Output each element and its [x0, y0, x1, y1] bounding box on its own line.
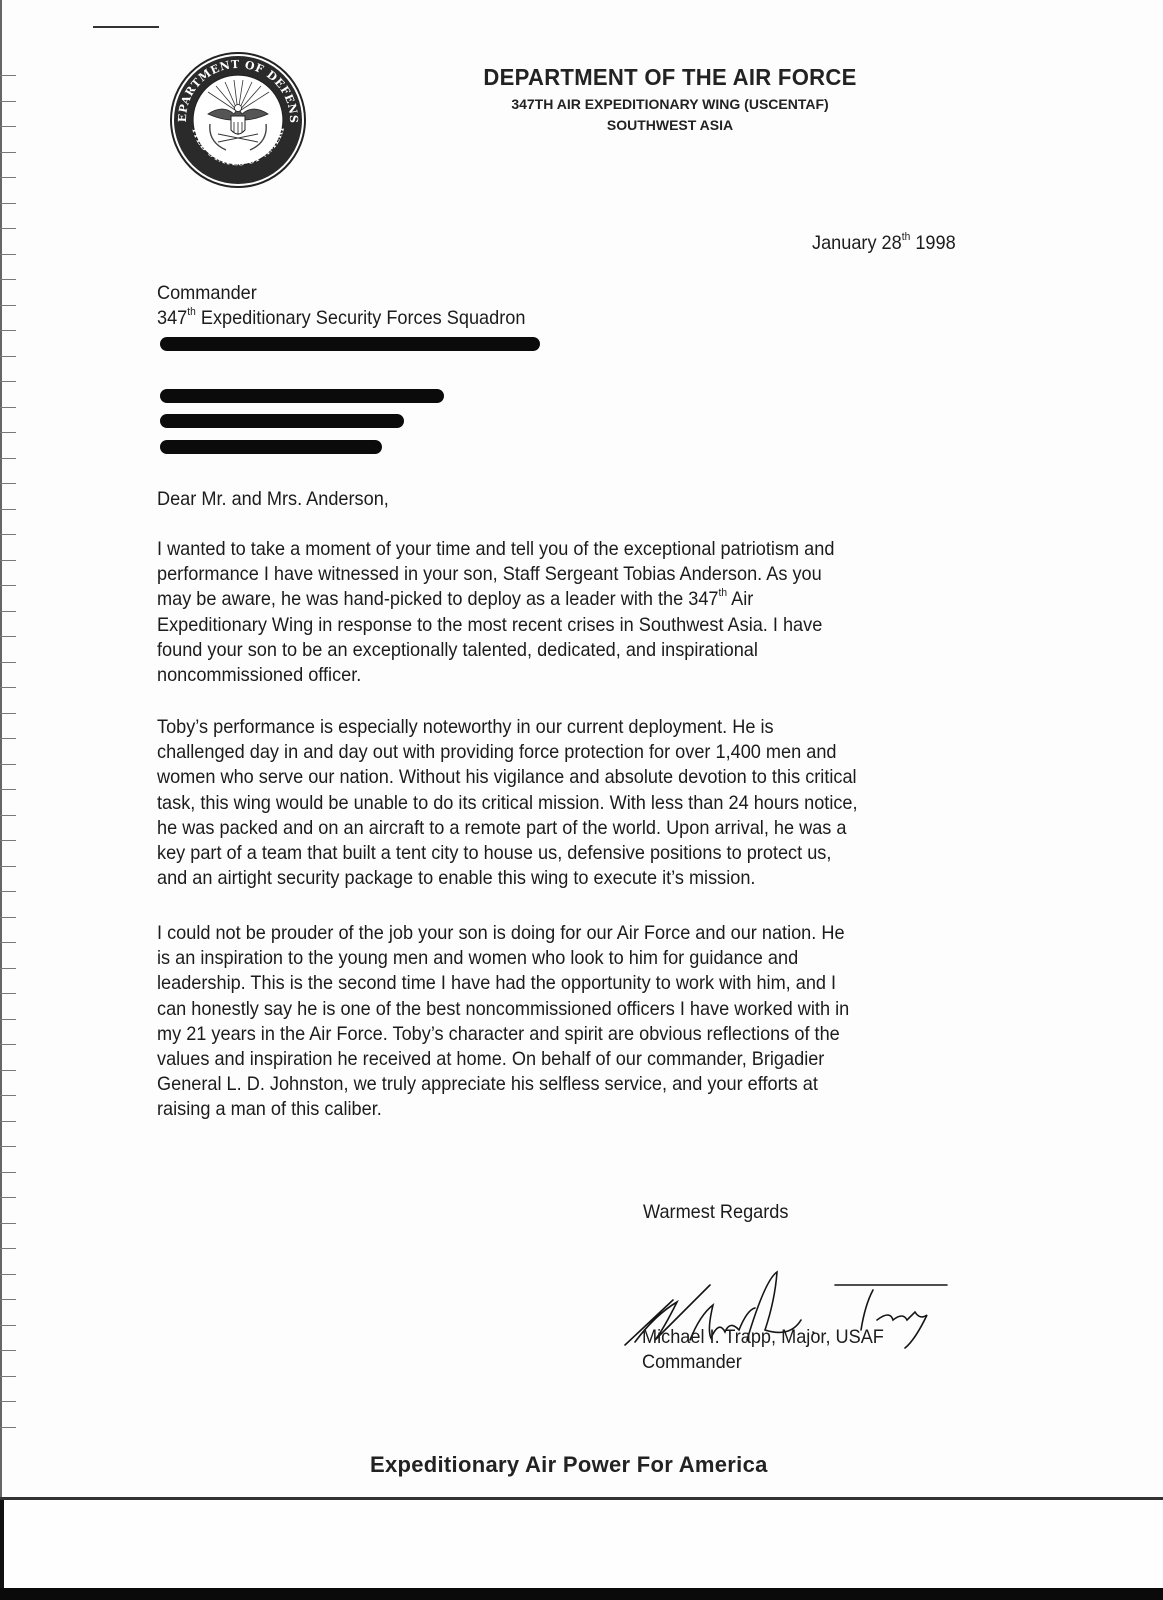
scan-edge-tick: [0, 1095, 16, 1096]
paragraph-line: he was packed and on an aircraft to a re…: [157, 816, 858, 841]
scan-edge-tick: [0, 993, 16, 994]
scan-edge-tick: [0, 815, 16, 816]
scan-edge-tick: [0, 177, 16, 178]
scan-edge-tick: [0, 713, 16, 714]
letterhead-unit: 347TH AIR EXPEDITIONARY WING (USCENTAF): [420, 96, 920, 112]
scan-edge-tick: [0, 1121, 16, 1122]
scan-edge-tick: [0, 1172, 16, 1173]
scan-edge-tick: [0, 1325, 16, 1326]
paragraph-line: and an airtight security package to enab…: [157, 866, 858, 891]
scan-edge-tick: [0, 764, 16, 765]
redaction-sender-base: [160, 337, 540, 351]
paragraph-line: task, this wing would be unable to do it…: [157, 791, 858, 816]
paragraph-line: may be aware, he was hand-picked to depl…: [157, 587, 834, 612]
scan-edge-tick: [0, 483, 16, 484]
letter-date: January 28th 1998: [812, 231, 956, 256]
scan-bottom-border: [0, 1588, 1163, 1600]
letterhead-location: SOUTHWEST ASIA: [420, 117, 920, 133]
paragraph-line: found your son to be an exceptionally ta…: [157, 638, 834, 663]
paragraph-line: women who serve our nation. Without his …: [157, 765, 858, 790]
scan-edge-tick: [0, 585, 16, 586]
scan-edge-tick: [0, 942, 16, 943]
closing: Warmest Regards: [643, 1200, 788, 1225]
paragraph-line: raising a man of this caliber.: [157, 1097, 849, 1122]
redaction-recipient-city: [160, 440, 382, 454]
scan-edge-tick: [0, 1299, 16, 1300]
scan-edge-tick: [0, 738, 16, 739]
letter-page: DEPARTMENT OF DEFENSE UNITED STATES OF A…: [0, 0, 1163, 1497]
paragraph-line: values and inspiration he received at ho…: [157, 1047, 849, 1072]
scan-edge-tick: [0, 560, 16, 561]
scan-edge-tick: [0, 254, 16, 255]
redaction-recipient-name: [160, 389, 444, 403]
paragraph-line: leadership. This is the second time I ha…: [157, 971, 849, 996]
scan-edge-tick: [0, 968, 16, 969]
paragraph-line: challenged day in and day out with provi…: [157, 740, 858, 765]
sender-address-line-1: Commander: [157, 281, 257, 306]
scan-edge-tick: [0, 1350, 16, 1351]
paragraph-line: General L. D. Johnston, we truly appreci…: [157, 1072, 849, 1097]
scan-edge-tick: [0, 1427, 16, 1428]
paragraph-2: Toby’s performance is especially notewor…: [157, 715, 858, 891]
scan-edge-tick: [0, 636, 16, 637]
footer-motto: Expeditionary Air Power For America: [370, 1452, 768, 1478]
paragraph-3: I could not be prouder of the job your s…: [157, 921, 849, 1123]
paragraph-line: key part of a team that built a tent cit…: [157, 841, 858, 866]
salutation: Dear Mr. and Mrs. Anderson,: [157, 487, 389, 512]
scan-edge-tick: [0, 1044, 16, 1045]
scan-edge-tick: [0, 356, 16, 357]
paragraph-line: my 21 years in the Air Force. Toby’s cha…: [157, 1022, 849, 1047]
scan-edge-tick: [0, 509, 16, 510]
scan-edge-tick: [0, 101, 16, 102]
signer-title: Commander: [642, 1350, 742, 1375]
scan-edge-tick: [0, 381, 16, 382]
scan-edge-tick: [0, 534, 16, 535]
letterhead-title: DEPARTMENT OF THE AIR FORCE: [430, 64, 910, 91]
paragraph-line: Toby’s performance is especially notewor…: [157, 715, 858, 740]
scan-edge-tick: [0, 1248, 16, 1249]
sender-address-line-2: 347th Expeditionary Security Forces Squa…: [157, 306, 525, 331]
paragraph-line: is an inspiration to the young men and w…: [157, 946, 849, 971]
staple-mark: [93, 26, 159, 28]
scan-edge-tick: [0, 432, 16, 433]
scan-edge-tick: [0, 662, 16, 663]
scan-edge-tick: [0, 1019, 16, 1020]
paragraph-line: Expeditionary Wing in response to the mo…: [157, 613, 834, 638]
scan-edge-tick: [0, 917, 16, 918]
scan-edge-tick: [0, 1376, 16, 1377]
scan-edge-tick: [0, 228, 16, 229]
scan-edge-tick: [0, 126, 16, 127]
scan-edge-tick: [0, 279, 16, 280]
scan-edge-tick: [0, 1197, 16, 1198]
scan-edge-tick: [0, 407, 16, 408]
scan-edge-tick: [0, 1146, 16, 1147]
scan-edge-tick: [0, 611, 16, 612]
scan-background: [0, 1500, 1163, 1588]
scan-edge-tick: [0, 203, 16, 204]
signer-name: Michael I. Trapp, Major, USAF: [642, 1325, 884, 1350]
scan-edge-tick: [0, 75, 16, 76]
paragraph-line: noncommissioned officer.: [157, 663, 834, 688]
scan-edge-tick: [0, 866, 16, 867]
paragraph-line: performance I have witnessed in your son…: [157, 562, 834, 587]
scan-edge-tick: [0, 152, 16, 153]
scan-edge-tick: [0, 840, 16, 841]
scan-edge-tick: [0, 1274, 16, 1275]
scan-edge-tick: [0, 789, 16, 790]
scan-edge-tick: [0, 1070, 16, 1071]
paragraph-line: can honestly say he is one of the best n…: [157, 997, 849, 1022]
scan-edge-tick: [0, 458, 16, 459]
scan-edge-tick: [0, 1223, 16, 1224]
scan-edge-tick: [0, 330, 16, 331]
scan-edge-tick: [0, 1401, 16, 1402]
scan-edge: [0, 0, 2, 1497]
scan-edge-tick: [0, 687, 16, 688]
paragraph-1: I wanted to take a moment of your time a…: [157, 537, 834, 688]
scan-edge-tick: [0, 891, 16, 892]
department-of-defense-seal-icon: DEPARTMENT OF DEFENSE UNITED STATES OF A…: [168, 50, 308, 190]
scan-edge-tick: [0, 305, 16, 306]
redaction-recipient-street: [160, 414, 404, 428]
paragraph-line: I could not be prouder of the job your s…: [157, 921, 849, 946]
paragraph-line: I wanted to take a moment of your time a…: [157, 537, 834, 562]
